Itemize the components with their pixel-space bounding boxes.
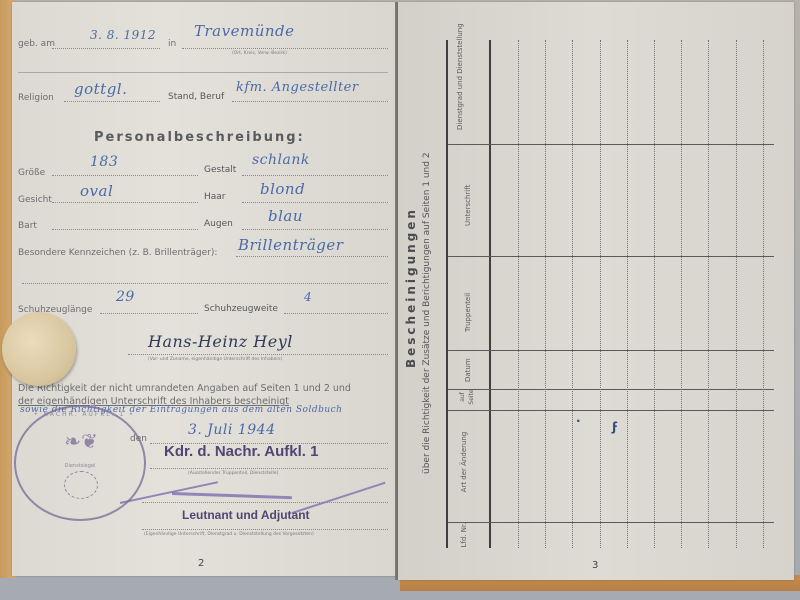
header-nr: Lfd. Nr. [460, 522, 469, 548]
build-label: Gestalt [204, 165, 236, 175]
column-divider [448, 522, 774, 523]
religion-line [64, 101, 160, 102]
right-page: Bescheinigungen über die Richtigkeit der… [398, 2, 794, 580]
column-divider [448, 256, 774, 257]
face-value: oval [80, 182, 113, 200]
page-number-left: 2 [198, 558, 204, 569]
eyes-label: Augen [204, 219, 233, 229]
unit-hint: (Ausstellender Truppenteil, Dienststelle… [188, 471, 278, 476]
religion-value: gottgl. [74, 80, 127, 98]
beard-line [52, 229, 198, 230]
hair-label: Haar [204, 192, 226, 202]
column-divider [448, 389, 774, 390]
occupation-label: Stand, Beruf [168, 92, 224, 102]
officer-hint: (Eigenhändige Unterschrift, Dienstgrad u… [144, 532, 314, 537]
row-line [545, 40, 546, 548]
column-divider [448, 144, 774, 145]
occupation-value: kfm. Angestellter [236, 80, 359, 95]
rank-stamp: Leutnant und Adjutant [182, 508, 310, 522]
separator-line [18, 72, 388, 73]
unit-stamp: Kdr. d. Nachr. Aufkl. 1 [164, 443, 318, 460]
section-title: Personalbeschreibung: [94, 130, 305, 145]
beard-label: Bart [18, 221, 37, 231]
row-line [518, 40, 519, 548]
born-in-line [182, 48, 388, 49]
shoe-width-label: Schuhzeugweite [204, 304, 278, 314]
holder-signature-hint: (Vor- und Zuname, eigenhändige Unterschr… [148, 357, 282, 362]
shoe-width-value: 4 [304, 290, 312, 304]
height-value: 183 [90, 154, 118, 170]
row-line [736, 40, 737, 548]
born-in-value: Travemünde [194, 22, 295, 40]
special-marks-label: Besondere Kennzeichen (z. B. Brillenträg… [18, 248, 217, 258]
rank-line [142, 529, 388, 530]
born-on-line [52, 48, 160, 49]
build-line [242, 175, 388, 176]
hair-line [242, 202, 388, 203]
officer-signature-line [142, 502, 388, 503]
row-line [708, 40, 709, 548]
row-line [763, 40, 764, 548]
column-divider [448, 350, 774, 351]
born-on-label: geb. am [18, 39, 55, 49]
special-marks-line [236, 256, 388, 257]
header-art: Art der Änderung [460, 422, 469, 502]
occupation-line [232, 101, 388, 102]
hair-value: blond [260, 180, 305, 198]
header-datum: Datum [464, 358, 473, 382]
special-marks-line-2 [22, 283, 388, 284]
special-marks-value: Brillenträger [238, 236, 343, 254]
born-on-value: 3. 8. 1912 [90, 28, 156, 42]
row-line [627, 40, 628, 548]
wreath-icon [64, 471, 98, 499]
face-label: Gesicht [18, 195, 52, 205]
page-number-right: 3 [592, 560, 598, 571]
header-seite: auf Seite [458, 386, 476, 408]
unit-line [150, 468, 388, 469]
holder-signature-line [128, 354, 388, 355]
born-in-hint: (Ort, Kreis, Verw.-Bezirk) [232, 51, 287, 56]
religion-label: Religion [18, 93, 54, 103]
face-line [52, 202, 198, 203]
column-divider [448, 410, 774, 411]
coin-object [2, 312, 76, 386]
certifications-title: Bescheinigungen [404, 207, 418, 368]
date-value: 3. Juli 1944 [188, 422, 275, 438]
seal-center-label: Dienstsiegel [46, 463, 114, 469]
height-line [52, 175, 198, 176]
holder-signature: Hans-Heinz Heyl [148, 332, 293, 351]
row-line [572, 40, 573, 548]
certifications-subtitle: über die Richtigkeit der Zusätze und Ber… [422, 152, 432, 474]
header-unterschrift: Unterschrift [464, 185, 473, 226]
row-line [600, 40, 601, 548]
header-dienstgrad-text: Dienstgrad und Dienststellung [456, 23, 464, 130]
seal-ring-text: • NACHR. AUFKL. 1 • [34, 411, 135, 418]
eagle-icon: ❧❦ [46, 429, 116, 455]
shoe-length-value: 29 [116, 289, 135, 305]
row-line [681, 40, 682, 548]
header-truppenteil: Truppenteil [464, 293, 473, 332]
table-header-divider [489, 40, 491, 548]
ink-mark: ϝ [612, 420, 618, 434]
shoe-length-line [100, 313, 198, 314]
official-seal: • NACHR. AUFKL. 1 • ❧❦ Dienstsiegel [14, 405, 146, 521]
build-value: schlank [252, 152, 310, 168]
certification-line-1: Die Richtigkeit der nicht umrandeten Ang… [18, 383, 351, 394]
header-dienstgrad: Dienstgrad und Dienststellung [456, 23, 465, 130]
eyes-value: blau [268, 207, 303, 225]
ink-mark: · [576, 414, 581, 428]
table-border-left [446, 40, 448, 548]
height-label: Größe [18, 168, 45, 178]
shoe-width-line [284, 313, 388, 314]
born-in-label: in [168, 39, 176, 49]
eyes-line [242, 229, 388, 230]
officer-signature-stroke [172, 492, 292, 499]
row-line [654, 40, 655, 548]
